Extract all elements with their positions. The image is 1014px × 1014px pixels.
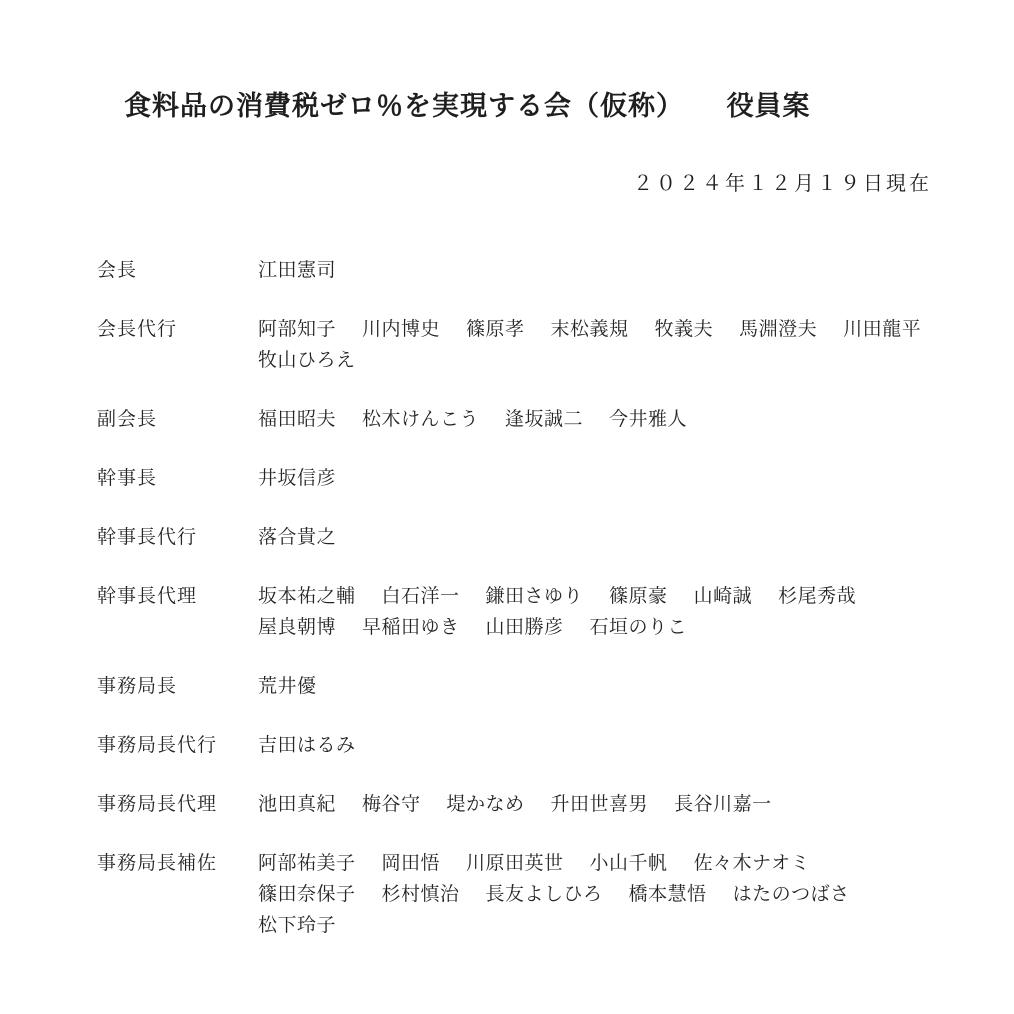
role-names-line: 阿部祐美子岡田悟川原田英世小山千帆佐々木ナオミ [258,848,977,879]
scanned-document-page: 食料品の消費税ゼロ％を実現する会（仮称） 役員案 ２０２４年１２月１９日現在 会… [0,0,1014,1014]
role-names-line: 井坂信彦 [258,463,977,494]
role-names: 吉田はるみ [258,730,977,761]
role-names-line: 落合貴之 [258,522,977,553]
role-names-line: 荒井優 [258,671,977,702]
role-names: 坂本祐之輔白石洋一鎌田さゆり篠原豪山崎誠杉尾秀哉屋良朝博早稲田ゆき山田勝彦石垣の… [258,581,977,643]
member-name: 阿部知子 [258,314,336,345]
member-name: 杉尾秀哉 [778,581,856,612]
member-name: 鎌田さゆり [486,581,584,612]
member-name: 小山千帆 [590,848,668,879]
member-name: 早稲田ゆき [362,612,460,643]
member-name: 川原田英世 [466,848,564,879]
member-name: 牧義夫 [655,314,714,345]
document-title: 食料品の消費税ゼロ％を実現する会（仮称） 役員案 [124,84,811,123]
role-row: 事務局長 荒井優 [97,671,977,702]
member-name: 篠原孝 [466,314,525,345]
role-names: 福田昭夫松木けんこう逢坂誠二今井雅人 [258,404,977,435]
member-name: 篠田奈保子 [258,879,356,910]
member-name: 荒井優 [258,671,317,702]
member-name: 橋本慧悟 [629,879,707,910]
document-date: ２０２４年１２月１９日現在 [633,167,932,196]
role-names-line: 池田真紀梅谷守堤かなめ升田世喜男長谷川嘉一 [258,789,977,820]
member-name: 坂本祐之輔 [258,581,356,612]
role-names: 荒井優 [258,671,977,702]
role-label: 幹事長 [97,463,258,494]
member-name: 井坂信彦 [258,463,336,494]
member-name: 逢坂誠二 [505,404,583,435]
role-names-line: 福田昭夫松木けんこう逢坂誠二今井雅人 [258,404,977,435]
member-name: はたのつばさ [733,879,850,910]
role-label: 幹事長代行 [97,522,258,553]
member-name: 堤かなめ [447,789,525,820]
member-name: 山田勝彦 [486,612,564,643]
member-name: 升田世喜男 [551,789,649,820]
member-name: 末松義規 [551,314,629,345]
role-row: 副会長 福田昭夫松木けんこう逢坂誠二今井雅人 [97,404,977,435]
role-row: 事務局長代理 池田真紀梅谷守堤かなめ升田世喜男長谷川嘉一 [97,789,977,820]
role-row: 会長代行 阿部知子川内博史篠原孝末松義規牧義夫馬淵澄夫川田龍平牧山ひろえ [97,314,977,376]
role-names-line: 吉田はるみ [258,730,977,761]
role-row: 会長 江田憲司 [97,255,977,286]
member-name: 松木けんこう [362,404,479,435]
role-names: 阿部祐美子岡田悟川原田英世小山千帆佐々木ナオミ篠田奈保子杉村慎治長友よしひろ橋本… [258,848,977,941]
member-name: 池田真紀 [258,789,336,820]
role-label: 会長代行 [97,314,258,345]
role-names: 井坂信彦 [258,463,977,494]
member-name: 馬淵澄夫 [739,314,817,345]
member-name: 長友よしひろ [486,879,603,910]
role-names-line: 篠田奈保子杉村慎治長友よしひろ橋本慧悟はたのつばさ [258,879,977,910]
officer-list: 会長 江田憲司 会長代行 阿部知子川内博史篠原孝末松義規牧義夫馬淵澄夫川田龍平牧… [97,255,977,969]
member-name: 屋良朝博 [258,612,336,643]
member-name: 落合貴之 [258,522,336,553]
member-name: 川内博史 [362,314,440,345]
member-name: 江田憲司 [258,255,336,286]
role-names-line: 江田憲司 [258,255,977,286]
role-label: 幹事長代理 [97,581,258,612]
role-names-line: 牧山ひろえ [258,345,977,376]
member-name: 吉田はるみ [258,730,356,761]
member-name: 松下玲子 [258,910,336,941]
role-label: 事務局長代行 [97,730,258,761]
member-name: 今井雅人 [609,404,687,435]
member-name: 阿部祐美子 [258,848,356,879]
role-row: 幹事長 井坂信彦 [97,463,977,494]
role-names: 落合貴之 [258,522,977,553]
member-name: 白石洋一 [382,581,460,612]
member-name: 岡田悟 [382,848,441,879]
member-name: 山崎誠 [694,581,753,612]
member-name: 梅谷守 [362,789,421,820]
member-name: 川田龍平 [843,314,921,345]
member-name: 福田昭夫 [258,404,336,435]
role-names: 阿部知子川内博史篠原孝末松義規牧義夫馬淵澄夫川田龍平牧山ひろえ [258,314,977,376]
role-label: 会長 [97,255,258,286]
member-name: 篠原豪 [609,581,668,612]
role-row: 事務局長補佐 阿部祐美子岡田悟川原田英世小山千帆佐々木ナオミ篠田奈保子杉村慎治長… [97,848,977,941]
role-names: 池田真紀梅谷守堤かなめ升田世喜男長谷川嘉一 [258,789,977,820]
role-names: 江田憲司 [258,255,977,286]
member-name: 佐々木ナオミ [694,848,811,879]
member-name: 杉村慎治 [382,879,460,910]
role-row: 幹事長代理 坂本祐之輔白石洋一鎌田さゆり篠原豪山崎誠杉尾秀哉屋良朝博早稲田ゆき山… [97,581,977,643]
role-row: 事務局長代行 吉田はるみ [97,730,977,761]
member-name: 長谷川嘉一 [674,789,772,820]
role-names-line: 松下玲子 [258,910,977,941]
role-label: 事務局長代理 [97,789,258,820]
role-label: 事務局長 [97,671,258,702]
role-names-line: 坂本祐之輔白石洋一鎌田さゆり篠原豪山崎誠杉尾秀哉 [258,581,977,612]
role-label: 副会長 [97,404,258,435]
member-name: 牧山ひろえ [258,345,356,376]
role-names-line: 阿部知子川内博史篠原孝末松義規牧義夫馬淵澄夫川田龍平 [258,314,977,345]
role-row: 幹事長代行 落合貴之 [97,522,977,553]
role-label: 事務局長補佐 [97,848,258,879]
role-names-line: 屋良朝博早稲田ゆき山田勝彦石垣のりこ [258,612,977,643]
member-name: 石垣のりこ [590,612,688,643]
